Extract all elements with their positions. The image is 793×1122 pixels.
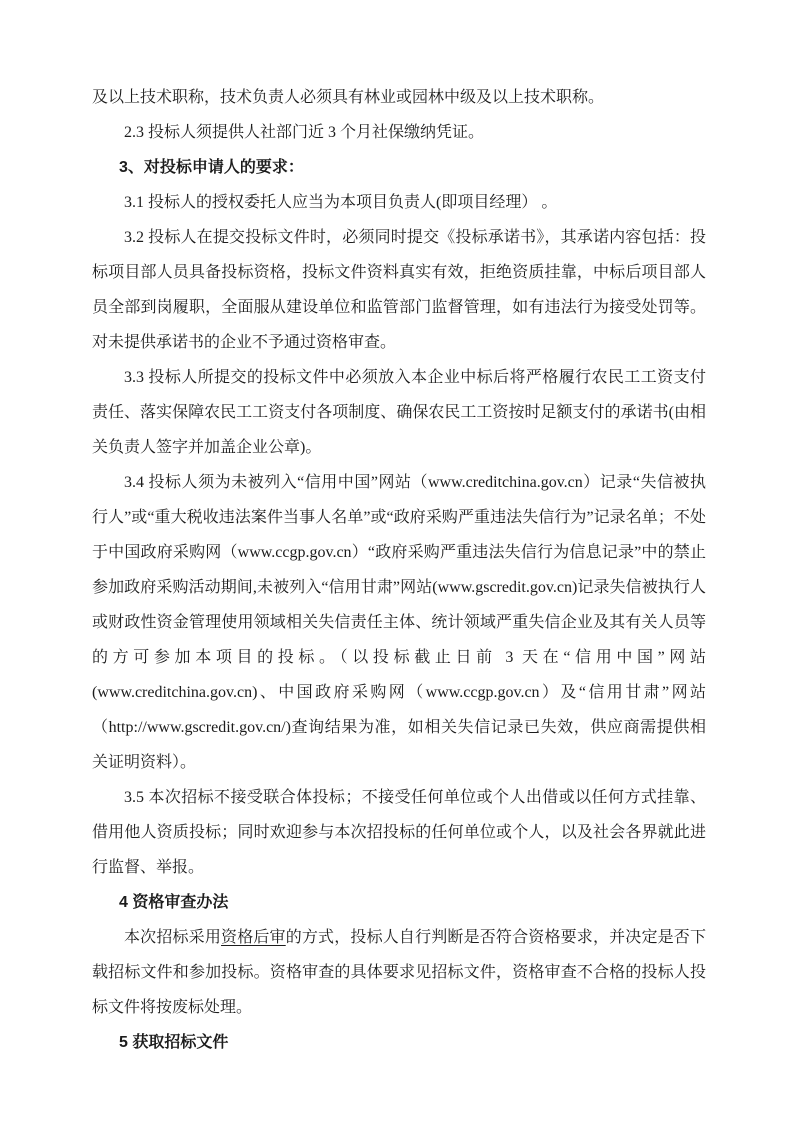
paragraph-3-5-no-consortium-bids: 3.5 本次招标不接受联合体投标；不接受任何单位或个人出借或以任何方式挂靠、借用… <box>92 780 706 885</box>
paragraph-continuation-technical-titles: 及以上技术职称，技术负责人必须具有林业或园林中级及以上技术职称。 <box>92 80 706 115</box>
document-page: 及以上技术职称，技术负责人必须具有林业或园林中级及以上技术职称。 2.3 投标人… <box>0 0 793 1122</box>
paragraph-3-3-migrant-worker-wages: 3.3 投标人所提交的投标文件中必须放入本企业中标后将严格履行农民工工资支付责任… <box>92 360 706 465</box>
paragraph-2-3-social-security: 2.3 投标人须提供人社部门近 3 个月社保缴纳凭证。 <box>92 115 706 150</box>
paragraph-4-qualification-review-body: 本次招标采用资格后审的方式，投标人自行判断是否符合资格要求，并决定是否下载招标文… <box>92 920 706 1025</box>
paragraph-3-1-authorized-agent: 3.1 投标人的授权委托人应当为本项目负责人(即项目经理） 。 <box>92 185 706 220</box>
document-body: 及以上技术职称，技术负责人必须具有林业或园林中级及以上技术职称。 2.3 投标人… <box>92 80 706 1060</box>
paragraph-3-2-bid-commitment-letter: 3.2 投标人在提交投标文件时，必须同时提交《投标承诺书》，其承诺内容包括：投标… <box>92 220 706 360</box>
section-heading-4-qualification-review: 4 资格审查办法 <box>92 885 706 920</box>
underlined-term-post-qualification: 资格后审 <box>221 929 286 946</box>
paragraph-3-4-credit-record-requirements: 3.4 投标人须为未被列入“信用中国”网站（www.creditchina.go… <box>92 465 706 780</box>
text-segment-before-underline: 本次招标采用 <box>124 929 221 946</box>
section-heading-3-bidder-requirements: 3、对投标申请人的要求： <box>92 150 706 185</box>
section-heading-5-obtain-bidding-documents: 5 获取招标文件 <box>92 1025 706 1060</box>
